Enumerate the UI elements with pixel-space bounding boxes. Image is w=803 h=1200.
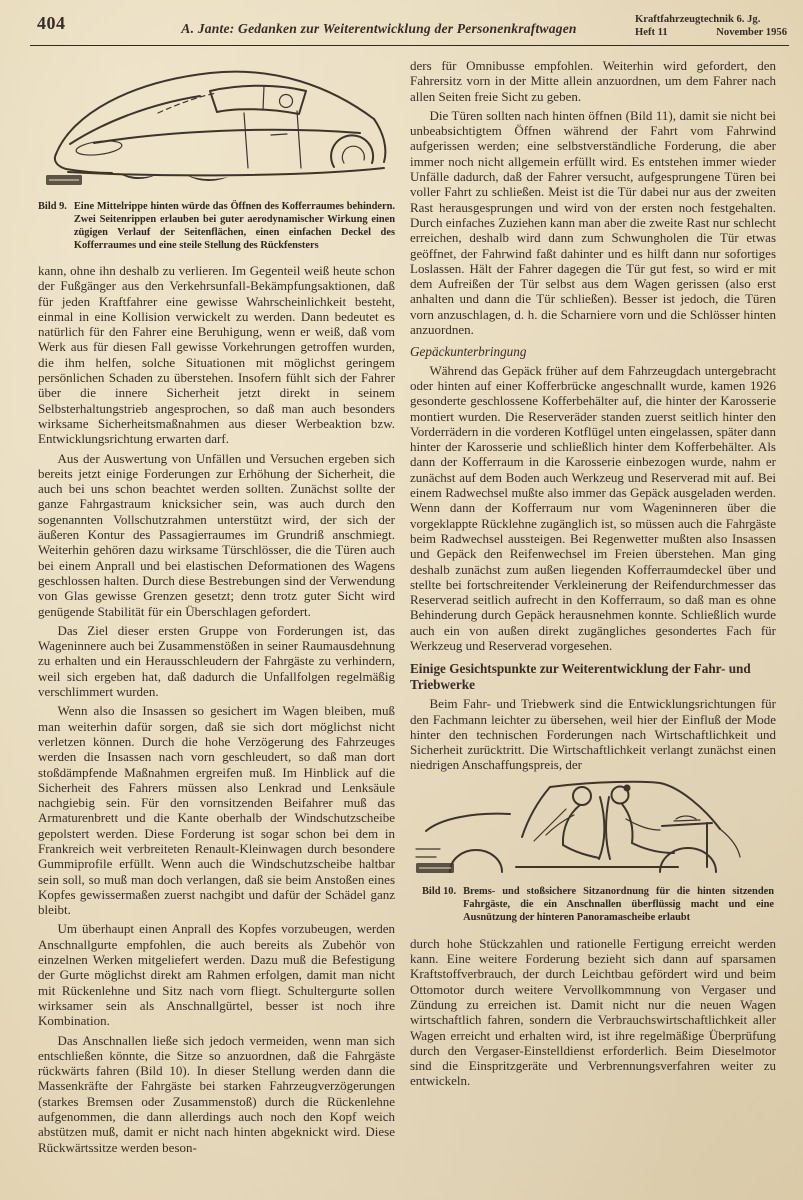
paragraph: Das Ziel dieser ersten Gruppe von Forder… xyxy=(38,623,395,699)
section-heading-gepaeckunterbringung: Gepäckunterbringung xyxy=(410,344,776,359)
figure-label: Bild 9. xyxy=(38,200,67,252)
paragraph: Die Türen sollten nach hinten öffnen (Bi… xyxy=(410,108,776,337)
car-rear-sketch-icon xyxy=(38,56,395,194)
figure-caption-bild-9: Bild 9. Eine Mittelrippe hinten würde da… xyxy=(38,200,395,252)
journal-issue: Heft 11 xyxy=(635,26,668,39)
right-column: ders für Omnibusse empfohlen. Weiterhin … xyxy=(410,58,776,1089)
left-column-text: kann, ohne ihn deshalb zu verlieren. Im … xyxy=(38,263,395,1155)
artist-stamp xyxy=(46,175,82,185)
paragraph: Wenn also die Insassen so gesichert im W… xyxy=(38,703,395,917)
figure-caption-text: Eine Mittelrippe hinten würde das Öffnen… xyxy=(74,200,395,252)
left-column: Bild 9. Eine Mittelrippe hinten würde da… xyxy=(38,56,395,1155)
journal-issue-row: Heft 11 November 1956 xyxy=(635,26,787,39)
paragraph: Beim Fahr- und Triebwerk sind die Entwic… xyxy=(410,696,776,772)
section-heading-fahr-und-triebwerke: Einige Gesichtspunkte zur Weiterentwickl… xyxy=(410,661,776,693)
journal-name: Kraftfahrzeugtechnik 6. Jg. xyxy=(635,13,787,26)
paragraph: Um überhaupt einen Anprall des Kopfes vo… xyxy=(38,921,395,1028)
paragraph: Aus der Auswertung von Unfällen und Vers… xyxy=(38,451,395,619)
figure-bild-9 xyxy=(38,56,395,194)
page-number: 404 xyxy=(37,13,66,34)
header-rule xyxy=(30,45,789,46)
paragraph: Während das Gepäck früher auf dem Fahrze… xyxy=(410,363,776,654)
journal-page: 404 A. Jante: Gedanken zur Weiterentwick… xyxy=(0,0,803,1200)
figure-bild-10 xyxy=(410,779,776,879)
journal-date: November 1956 xyxy=(716,26,787,39)
journal-info: Kraftfahrzeugtechnik 6. Jg. Heft 11 Nove… xyxy=(635,13,787,39)
car-seating-sketch-icon xyxy=(410,779,776,879)
paragraph: Das Anschnallen ließe sich jedoch vermei… xyxy=(38,1033,395,1155)
figure-caption-text: Brems- und stoßsichere Sitzanordnung für… xyxy=(463,885,774,924)
artist-stamp xyxy=(416,863,454,873)
figure-caption-bild-10: Bild 10. Brems- und stoßsichere Sitzanor… xyxy=(410,885,776,924)
figure-label: Bild 10. xyxy=(422,885,456,924)
running-head-title: A. Jante: Gedanken zur Weiterentwicklung… xyxy=(130,21,628,37)
paragraph: durch hohe Stückzahlen und rationelle Fe… xyxy=(410,936,776,1089)
paragraph: ders für Omnibusse empfohlen. Weiterhin … xyxy=(410,58,776,104)
paragraph: kann, ohne ihn deshalb zu verlieren. Im … xyxy=(38,263,395,447)
